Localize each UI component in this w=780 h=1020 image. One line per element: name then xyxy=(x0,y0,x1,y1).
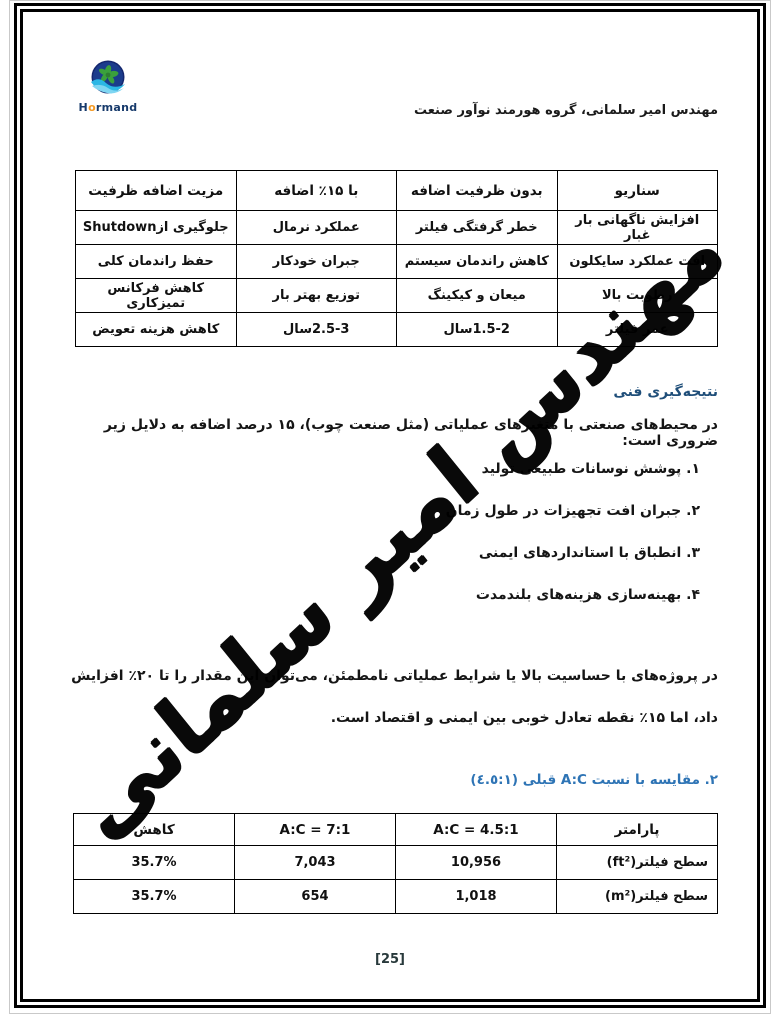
cell: کاهش هزینه تعویض xyxy=(76,313,237,347)
cell: 2.5-3سال xyxy=(236,313,397,347)
cell: عمر فیلتر xyxy=(557,313,718,347)
header-cell: A:C = 4.5:1 xyxy=(396,814,557,846)
table-row: عمر فیلتر 1.5-2سال 2.5-3سال کاهش هزینه ت… xyxy=(76,313,718,347)
logo-orange-o: o xyxy=(88,101,96,114)
cell: 1.5-2سال xyxy=(397,313,558,347)
reduction-cell: 35.7% xyxy=(74,846,235,880)
table-row: رطوبت بالا میعان و کیکینگ توزیع بهتر بار… xyxy=(76,279,718,313)
parameter-cell: سطح فیلتر(ft²) xyxy=(557,846,718,880)
value-cell: 7,043 xyxy=(235,846,396,880)
section-heading-comparison: ۲. مقایسه با نسبت A:C قبلی (٤.٥:١) xyxy=(470,772,718,788)
cell: کاهش فرکانس تمیزکاری xyxy=(76,279,237,313)
value-cell: 10,956 xyxy=(396,846,557,880)
table-row: سطح فیلتر(ft²) 10,956 7,043 35.7% xyxy=(74,846,718,880)
cell: افت عملکرد سایکلون xyxy=(557,245,718,279)
cell: خطر گرفتگی فیلتر xyxy=(397,211,558,245)
ac-comparison-table: پارامتر A:C = 4.5:1 A:C = 7:1 کاهش سطح ف… xyxy=(73,813,718,914)
header-cell: بدون ظرفیت اضافه xyxy=(397,171,558,211)
header-cell: سناریو xyxy=(557,171,718,211)
logo-letter-h: H xyxy=(79,101,89,114)
cell: افزایش ناگهانی بار غبار xyxy=(557,211,718,245)
header-cell: A:C = 7:1 xyxy=(235,814,396,846)
cell: رطوبت بالا xyxy=(557,279,718,313)
header-byline: مهندس امیر سلمانی، گروه هورمند نوآور صنع… xyxy=(414,103,718,118)
parameter-cell: سطح فیلتر(m²) xyxy=(557,880,718,914)
company-logo: Hormand xyxy=(78,60,138,114)
conclusion-note-paragraph: در پروژه‌های با حساسیت بالا یا شرایط عمل… xyxy=(58,655,718,739)
cell: کاهش راندمان سیستم xyxy=(397,245,558,279)
header-cell: کاهش xyxy=(74,814,235,846)
conclusion-intro-paragraph: در محیط‌های صنعتی با متغیرهای عملیاتی (م… xyxy=(58,417,718,449)
logo-brand-text: Hormand xyxy=(78,101,138,114)
list-item: ۴. بهینه‌سازی هزینه‌های بلندمدت xyxy=(60,587,700,603)
section-heading-conclusion: نتیجه‌گیری فنی xyxy=(613,384,718,400)
hormand-logo-icon xyxy=(89,60,127,96)
table-row: سطح فیلتر(m²) 1,018 654 35.7% xyxy=(74,880,718,914)
table-row: افت عملکرد سایکلون کاهش راندمان سیستم جب… xyxy=(76,245,718,279)
logo-letters-rmand: rmand xyxy=(96,101,138,114)
cell: عملکرد نرمال xyxy=(236,211,397,245)
cell: حفظ راندمان کلی xyxy=(76,245,237,279)
cell: جبران خودکار xyxy=(236,245,397,279)
cell: جلوگیری ازShutdown xyxy=(76,211,237,245)
value-cell: 1,018 xyxy=(396,880,557,914)
capacity-scenarios-table: سناریو بدون ظرفیت اضافه با ۱۵٪ اضافه مزی… xyxy=(75,170,718,347)
header-cell: مزیت اضافه ظرفیت xyxy=(76,171,237,211)
reduction-cell: 35.7% xyxy=(74,880,235,914)
value-cell: 654 xyxy=(235,880,396,914)
header-cell: پارامتر xyxy=(557,814,718,846)
table-row: افزایش ناگهانی بار غبار خطر گرفتگی فیلتر… xyxy=(76,211,718,245)
table-header-row: پارامتر A:C = 4.5:1 A:C = 7:1 کاهش xyxy=(74,814,718,846)
list-item: ۳. انطباق با استانداردهای ایمنی xyxy=(60,545,700,561)
cell: توزیع بهتر بار xyxy=(236,279,397,313)
page-number: [25] xyxy=(0,952,780,967)
list-item: ۱. پوشش نوسانات طبیعی تولید xyxy=(60,461,700,477)
table-header-row: سناریو بدون ظرفیت اضافه با ۱۵٪ اضافه مزی… xyxy=(76,171,718,211)
list-item: ۲. جبران افت تجهیزات در طول زمان xyxy=(60,503,700,519)
cell: میعان و کیکینگ xyxy=(397,279,558,313)
header-cell: با ۱۵٪ اضافه xyxy=(236,171,397,211)
reason-list: ۱. پوشش نوسانات طبیعی تولید ۲. جبران افت… xyxy=(60,461,700,603)
document-page: { "header": { "byline": "مهندس امیر سلما… xyxy=(0,0,780,1020)
